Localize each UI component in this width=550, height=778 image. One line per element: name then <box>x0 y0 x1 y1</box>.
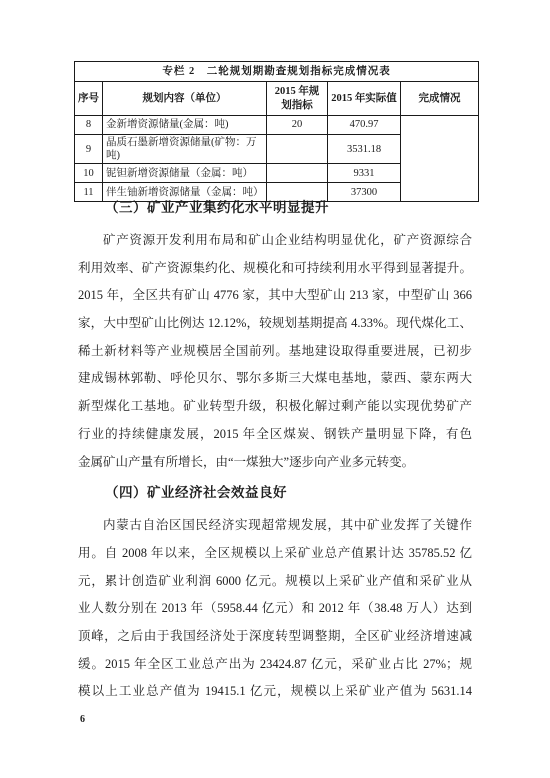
text-line: 金属矿山产量有所增长，由“一煤独大”逐步向产业多元转变。 <box>78 449 472 477</box>
table-title: 专栏 2 二轮规划期勘查规划指标完成情况表 <box>75 62 479 82</box>
cell-actual: 9331 <box>328 164 401 183</box>
cell-content: 晶质石墨新增资源储量(矿物：万吨) <box>103 135 267 164</box>
cell-actual: 3531.18 <box>328 135 401 164</box>
text-line: 新型煤化工基地。矿业转型升级，积极化解过剩产能以实现优势矿产 <box>78 393 472 421</box>
text-line: 模以上工业总产值为 19415.1 亿元，规模以上采矿业产值为 5631.14 <box>78 678 472 706</box>
page-number: 6 <box>80 714 85 725</box>
section-heading-3: （三）矿业产业集约化水平明显提升 <box>78 198 472 218</box>
cell-target <box>267 135 328 164</box>
text-line: 行业的持续健康发展，2015 年全区煤炭、钢铁产量明显下降，有色 <box>78 421 472 449</box>
col-header-content: 规划内容（单位） <box>103 82 267 116</box>
cell-no: 10 <box>75 164 103 183</box>
document-body: （三）矿业产业集约化水平明显提升 矿产资源开发利用布局和矿山企业结构明显优化，矿… <box>78 198 472 708</box>
cell-no: 8 <box>75 116 103 135</box>
text-line: 元，累计创造矿业利润 6000 亿元。规模以上采矿业产值和采矿业从 <box>78 568 472 596</box>
text-line: 业人数分别在 2013 年（5958.44 亿元）和 2012 年（38.48 … <box>78 595 472 623</box>
text-line: 用。自 2008 年以来，全区规模以上采矿业总产值累计达 35785.52 亿 <box>78 540 472 568</box>
document-page: 专栏 2 二轮规划期勘查规划指标完成情况表 序号 规划内容（单位） 2015 年… <box>0 0 550 778</box>
text-line: 利用效率、矿产资源集约化、规模化和可持续利用水平得到显著提升。 <box>78 255 472 283</box>
text-line: 建成锡林郭勒、呼伦贝尔、鄂尔多斯三大煤电基地，蒙西、蒙东两大 <box>78 365 472 393</box>
col-header-status: 完成情况 <box>401 82 479 116</box>
col-header-no: 序号 <box>75 82 103 116</box>
col-header-target: 2015 年规划指标 <box>267 82 328 116</box>
cell-content: 金新增资源储量(金属：吨) <box>103 116 267 135</box>
cell-target: 20 <box>267 116 328 135</box>
box-table-zhuanlan-2: 专栏 2 二轮规划期勘查规划指标完成情况表 序号 规划内容（单位） 2015 年… <box>74 61 478 202</box>
section-4-paragraph: 内蒙古自治区国民经济实现超常规发展，其中矿业发挥了关键作 用。自 2008 年以… <box>78 512 472 706</box>
section-heading-4: （四）矿业经济社会效益良好 <box>78 483 472 503</box>
cell-target <box>267 164 328 183</box>
text-line: 内蒙古自治区国民经济实现超常规发展，其中矿业发挥了关键作 <box>78 512 472 540</box>
table-row: 8 金新增资源储量(金属：吨) 20 470.97 <box>75 116 479 135</box>
cell-content: 铌钽新增资源储量（金属：吨） <box>103 164 267 183</box>
text-line: 矿产资源开发利用布局和矿山企业结构明显优化，矿产资源综合 <box>78 227 472 255</box>
text-line: 顶峰，之后由于我国经济处于深度转型调整期，全区矿业经济增速减 <box>78 623 472 651</box>
text-line: 家，大中型矿山比例达 12.12%，较规划基期提高 4.33%。现代煤化工、 <box>78 310 472 338</box>
text-line: 稀土新材料等产业规模居全国前列。基地建设取得重要进展，已初步 <box>78 338 472 366</box>
cell-status-merged <box>401 116 479 202</box>
planning-indicator-table: 专栏 2 二轮规划期勘查规划指标完成情况表 序号 规划内容（单位） 2015 年… <box>74 61 479 202</box>
col-header-actual: 2015 年实际值 <box>328 82 401 116</box>
text-line: 缓。2015 年全区工业总产出为 23424.87 亿元，采矿业占比 27%；规 <box>78 651 472 679</box>
cell-no: 9 <box>75 135 103 164</box>
section-3-paragraph: 矿产资源开发利用布局和矿山企业结构明显优化，矿产资源综合 利用效率、矿产资源集约… <box>78 227 472 476</box>
cell-actual: 470.97 <box>328 116 401 135</box>
text-line: 2015 年，全区共有矿山 4776 家，其中大型矿山 213 家，中型矿山 3… <box>78 282 472 310</box>
